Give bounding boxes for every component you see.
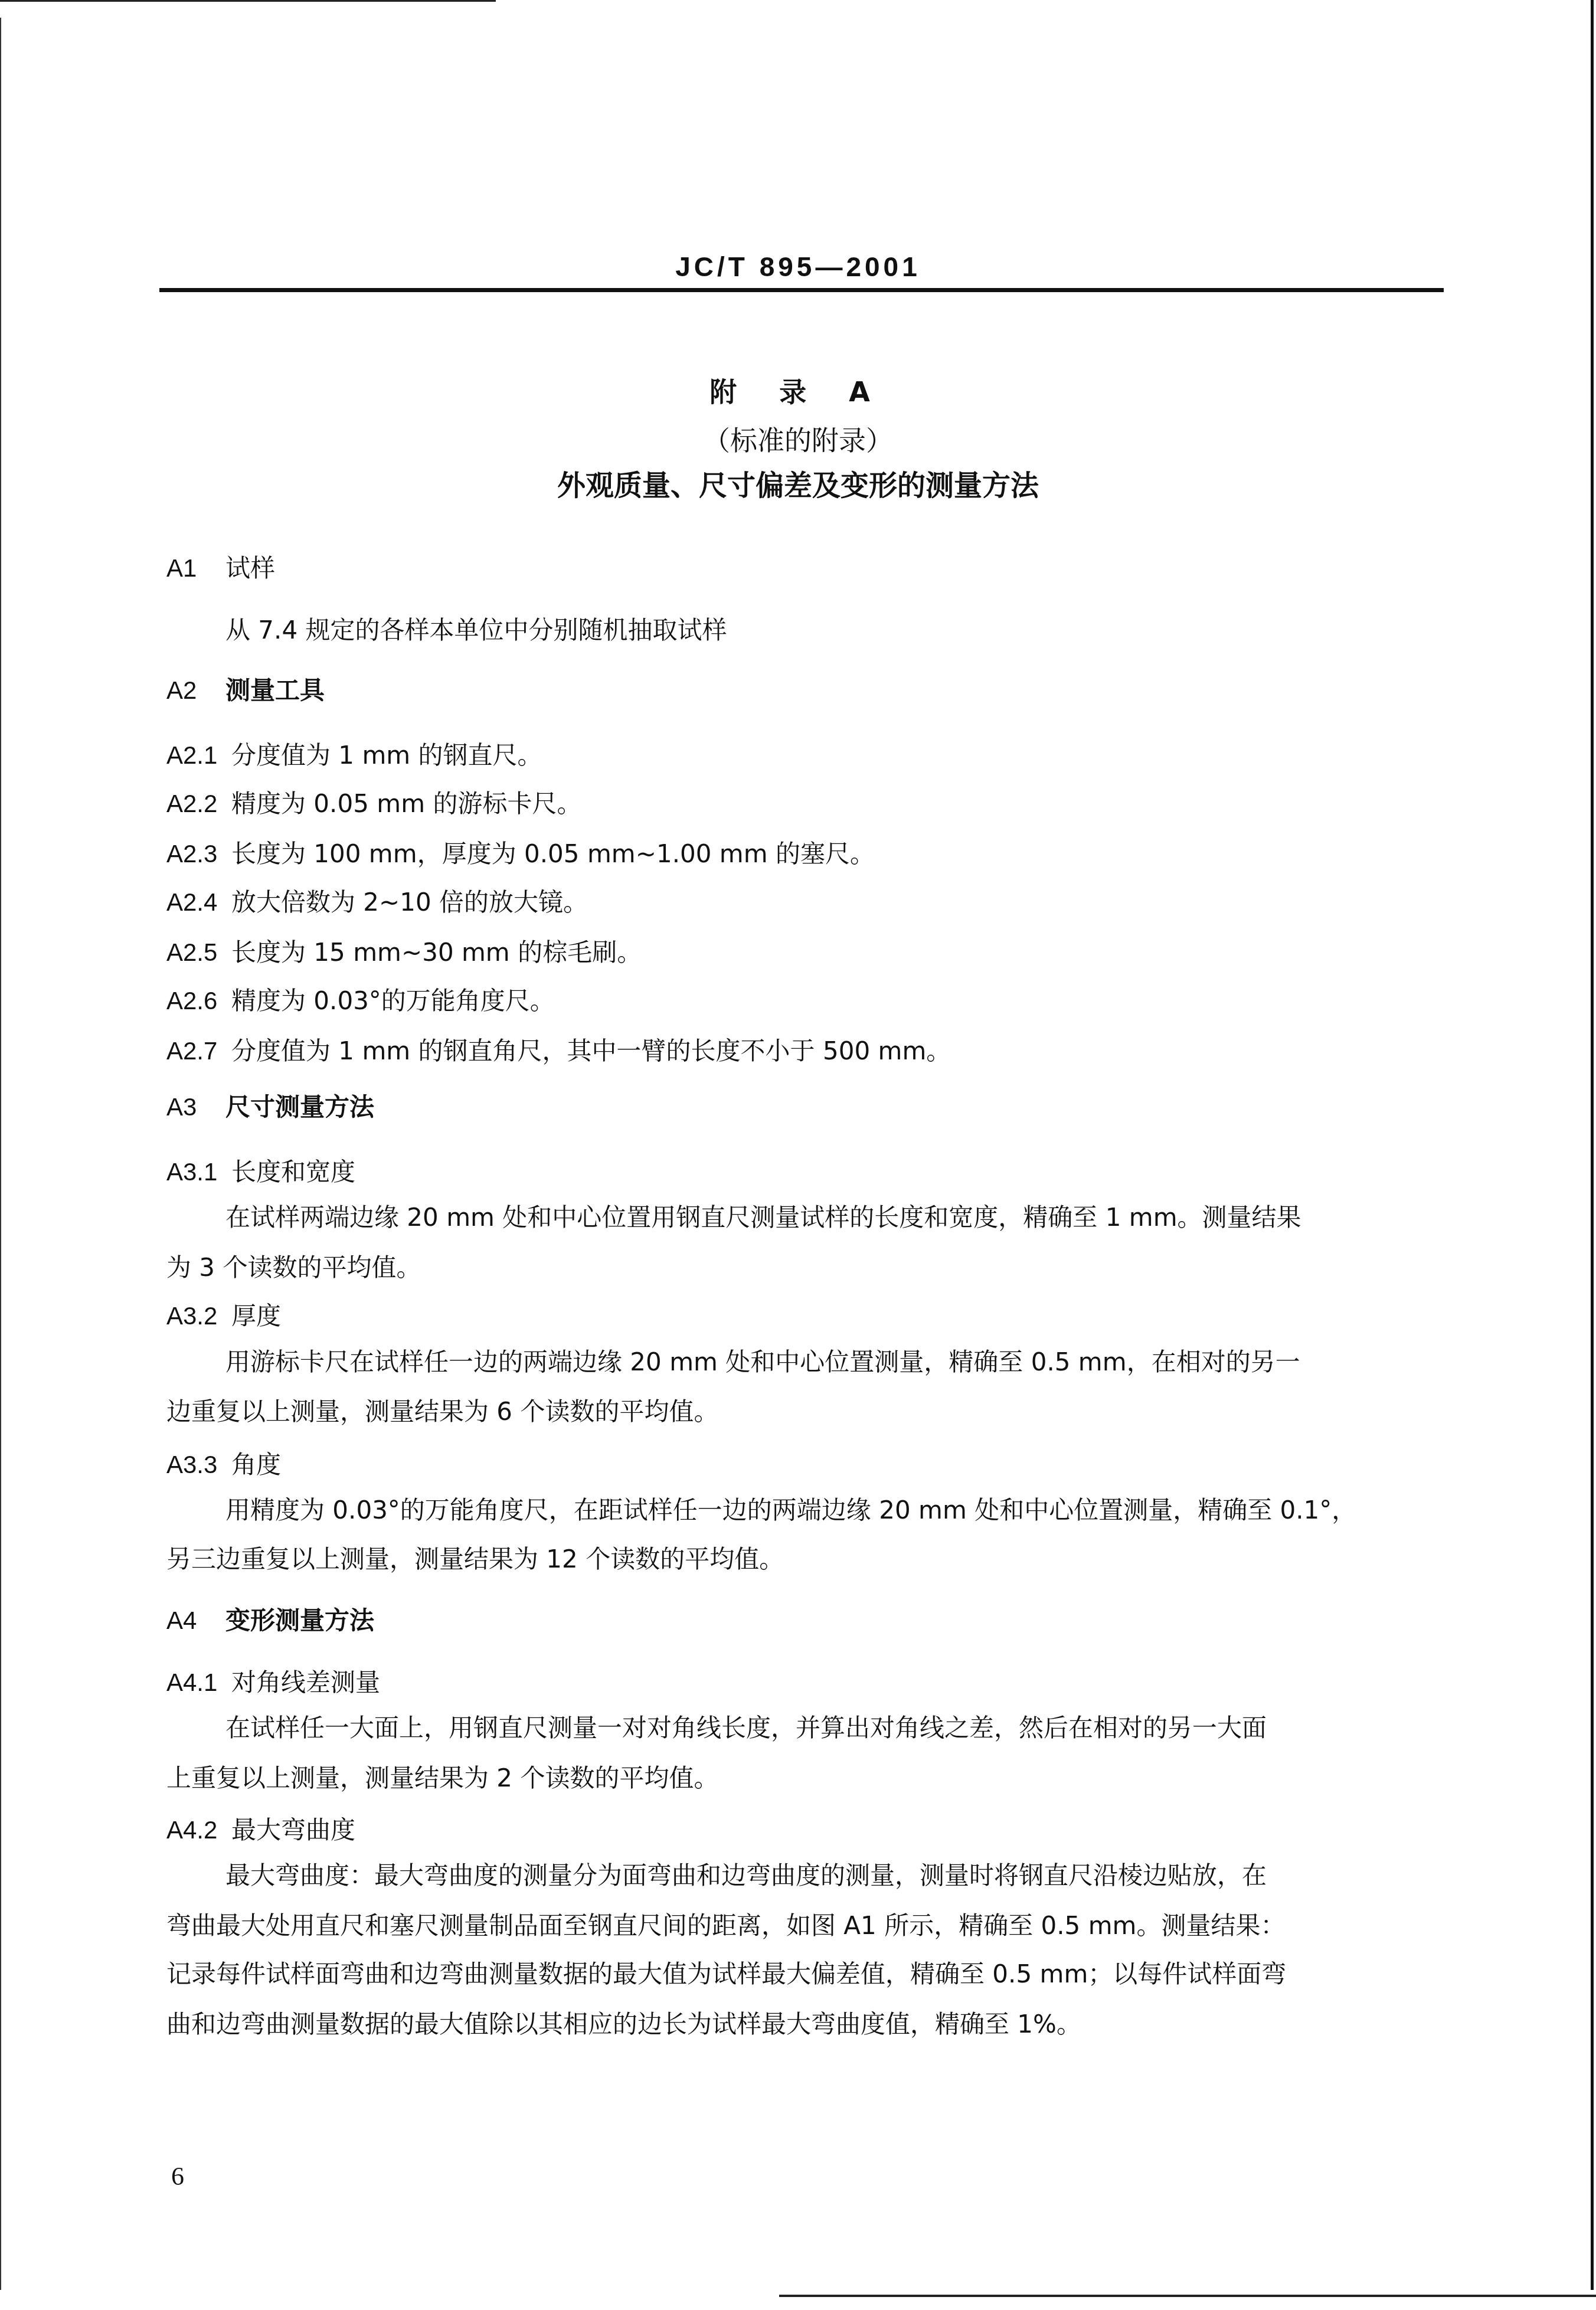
- item-number: A2.1: [166, 741, 231, 770]
- item-number: A2.7: [166, 1037, 231, 1065]
- subsection-title: 长度和宽度: [231, 1157, 355, 1186]
- section-number: A1: [166, 554, 225, 583]
- paragraph-line: 另三边重复以上测量，测量结果为 12 个读数的平均值。: [166, 1540, 784, 1575]
- section-a4-heading: A4变形测量方法: [166, 1601, 374, 1637]
- list-item-a2-6: A2.6精度为 0.03°的万能角度尺。: [166, 981, 555, 1017]
- paragraph-line: 用游标卡尺在试样任一边的两端边缘 20 mm 处和中心位置测量，精确至 0.5 …: [225, 1343, 1300, 1378]
- page-number: 6: [171, 2161, 184, 2191]
- appendix-title: 附 录 A: [0, 371, 1596, 410]
- appendix-heading: 外观质量、尺寸偏差及变形的测量方法: [0, 463, 1596, 503]
- section-title: 测量工具: [225, 676, 325, 705]
- subsection-title: 最大弯曲度: [231, 1815, 355, 1844]
- section-title: 变形测量方法: [225, 1606, 374, 1635]
- item-text: 精度为 0.05 mm 的游标卡尺。: [231, 789, 581, 818]
- standard-code-header: JC/T 895—2001: [0, 251, 1596, 283]
- subsection-number: A3.2: [166, 1302, 231, 1330]
- subsection-a3-3-heading: A3.3角度: [166, 1445, 281, 1481]
- item-text: 长度为 15 mm~30 mm 的棕毛刷。: [231, 938, 642, 967]
- item-number: A2.6: [166, 987, 231, 1015]
- section-a2-heading: A2测量工具: [166, 671, 325, 706]
- list-item-a2-1: A2.1分度值为 1 mm 的钢直尺。: [166, 736, 542, 771]
- section-a1-heading: A1试样: [166, 549, 275, 584]
- item-text: 精度为 0.03°的万能角度尺。: [231, 986, 555, 1015]
- section-number: A3: [166, 1093, 225, 1121]
- subsection-a4-1-heading: A4.1对角线差测量: [166, 1663, 380, 1699]
- paragraph-line: 用精度为 0.03°的万能角度尺，在距试样任一边的两端边缘 20 mm 处和中心…: [225, 1491, 1356, 1526]
- paragraph-line: 边重复以上测量，测量结果为 6 个读数的平均值。: [166, 1392, 718, 1428]
- subsection-number: A3.3: [166, 1451, 231, 1479]
- paragraph-line: 记录每件试样面弯曲和边弯曲测量数据的最大值为试样最大偏差值，精确至 0.5 mm…: [166, 1955, 1286, 1990]
- item-text: 分度值为 1 mm 的钢直角尺，其中一臂的长度不小于 500 mm。: [231, 1036, 951, 1065]
- subsection-a3-2-heading: A3.2厚度: [166, 1297, 281, 1332]
- item-number: A2.5: [166, 938, 231, 967]
- subsection-a4-2-heading: A4.2最大弯曲度: [166, 1811, 355, 1846]
- paragraph-line: 上重复以上测量，测量结果为 2 个读数的平均值。: [166, 1759, 718, 1794]
- subsection-number: A3.1: [166, 1158, 231, 1186]
- item-number: A2.3: [166, 840, 231, 868]
- subsection-title: 厚度: [231, 1301, 281, 1330]
- list-item-a2-2: A2.2精度为 0.05 mm 的游标卡尺。: [166, 784, 581, 820]
- section-title: 尺寸测量方法: [225, 1092, 374, 1121]
- item-text: 分度值为 1 mm 的钢直尺。: [231, 741, 542, 770]
- section-title: 试样: [225, 554, 275, 583]
- scan-edge-left: [0, 18, 1, 2290]
- item-text: 放大倍数为 2~10 倍的放大镜。: [231, 888, 588, 917]
- header-rule: [159, 288, 1444, 292]
- subsection-number: A4.2: [166, 1816, 231, 1844]
- item-number: A2.4: [166, 888, 231, 917]
- section-number: A2: [166, 676, 225, 705]
- list-item-a2-4: A2.4放大倍数为 2~10 倍的放大镜。: [166, 883, 588, 918]
- scan-edge-top: [0, 0, 496, 2]
- paragraph-line: 最大弯曲度：最大弯曲度的测量分为面弯曲和边弯曲度的测量，测量时将钢直尺沿棱边贴放…: [225, 1856, 1267, 1892]
- item-number: A2.2: [166, 790, 231, 818]
- scan-edge-bottom: [779, 2295, 1596, 2297]
- subsection-title: 对角线差测量: [231, 1668, 380, 1697]
- section-a3-heading: A3尺寸测量方法: [166, 1088, 374, 1123]
- subsection-title: 角度: [231, 1450, 281, 1479]
- paragraph-line: 为 3 个读数的平均值。: [166, 1248, 421, 1284]
- scan-edge-right: [1591, 0, 1594, 2290]
- paragraph-line: 在试样两端边缘 20 mm 处和中心位置用钢直尺测量试样的长度和宽度，精确至 1…: [225, 1198, 1301, 1233]
- section-number: A4: [166, 1606, 225, 1635]
- subsection-number: A4.1: [166, 1668, 231, 1697]
- paragraph-line: 弯曲最大处用直尺和塞尺测量制品面至钢直尺间的距离，如图 A1 所示，精确至 0.…: [166, 1906, 1285, 1942]
- paragraph-line: 在试样任一大面上，用钢直尺测量一对对角线长度，并算出对角线之差，然后在相对的另一…: [225, 1709, 1267, 1744]
- section-a1-body: 从 7.4 规定的各样本单位中分别随机抽取试样: [225, 611, 727, 646]
- list-item-a2-3: A2.3长度为 100 mm，厚度为 0.05 mm~1.00 mm 的塞尺。: [166, 835, 875, 870]
- appendix-subtitle: （标准的附录）: [0, 419, 1596, 458]
- list-item-a2-7: A2.7分度值为 1 mm 的钢直角尺，其中一臂的长度不小于 500 mm。: [166, 1032, 951, 1067]
- item-text: 长度为 100 mm，厚度为 0.05 mm~1.00 mm 的塞尺。: [231, 839, 875, 868]
- subsection-a3-1-heading: A3.1长度和宽度: [166, 1153, 355, 1188]
- list-item-a2-5: A2.5长度为 15 mm~30 mm 的棕毛刷。: [166, 933, 642, 969]
- paragraph-line: 曲和边弯曲测量数据的最大值除以其相应的边长为试样最大弯曲度值，精确至 1%。: [166, 2005, 1081, 2040]
